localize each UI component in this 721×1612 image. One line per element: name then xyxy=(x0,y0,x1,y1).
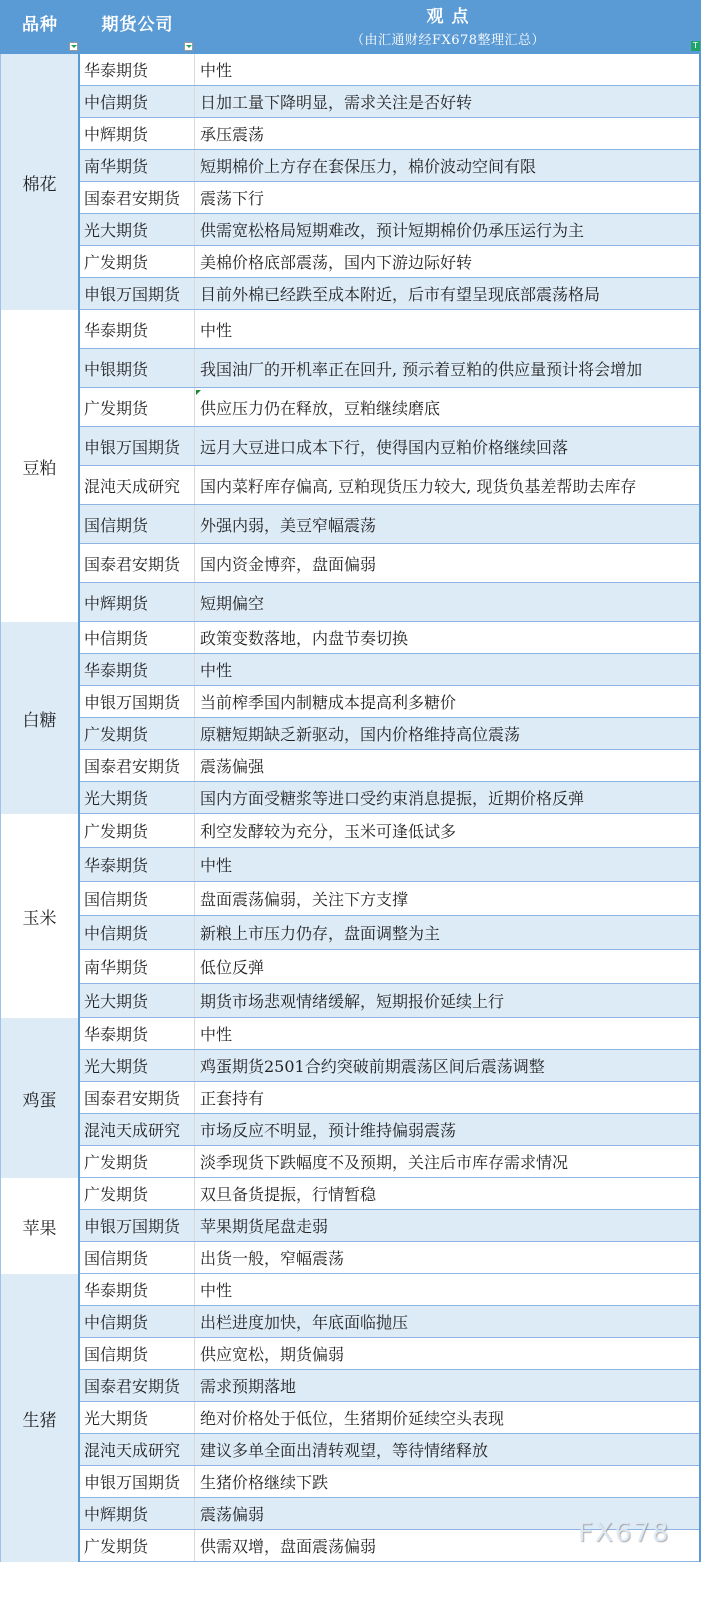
company-cell[interactable]: 广发期货 xyxy=(80,246,195,277)
table-row: 混沌天成研究市场反应不明显，预计维持偏弱震荡 xyxy=(80,1114,699,1146)
table-row: 国泰君安期货需求预期落地 xyxy=(80,1370,699,1402)
table-row: 国泰君安期货震荡偏强 xyxy=(80,750,699,782)
table-row: 国泰君安期货正套持有 xyxy=(80,1082,699,1114)
table-row: 光大期货期货市场悲观情绪缓解，短期报价延续上行 xyxy=(80,984,699,1018)
company-cell[interactable]: 中辉期货 xyxy=(80,118,195,149)
view-cell[interactable]: 国内方面受糖浆等进口受约束消息提振，近期价格反弹 xyxy=(195,782,699,813)
category-rows: 广发期货利空发酵较为充分，玉米可逢低试多华泰期货中性国信期货盘面震荡偏弱，关注下… xyxy=(80,814,701,1018)
view-cell[interactable]: 绝对价格处于低位，生猪期价延续空头表现 xyxy=(195,1402,699,1433)
company-cell[interactable]: 广发期货 xyxy=(80,388,195,426)
company-cell[interactable]: 中信期货 xyxy=(80,622,195,653)
view-cell[interactable]: 震荡偏强 xyxy=(195,750,699,781)
view-cell[interactable]: 供应压力仍在释放，豆粕继续磨底 xyxy=(195,388,699,426)
table-row: 光大期货鸡蛋期货2501合约突破前期震荡区间后震荡调整 xyxy=(80,1050,699,1082)
view-cell[interactable]: 双旦备货提振，行情暂稳 xyxy=(195,1178,699,1209)
company-cell[interactable]: 混沌天成研究 xyxy=(80,1114,195,1145)
table-row: 广发期货淡季现货下跌幅度不及预期，关注后市库存需求情况 xyxy=(80,1146,699,1178)
company-cell[interactable]: 国泰君安期货 xyxy=(80,544,195,582)
filter-dropdown-icon[interactable] xyxy=(69,42,78,51)
view-cell[interactable]: 建议多单全面出清转观望，等待情绪释放 xyxy=(195,1434,699,1465)
view-cell[interactable]: 低位反弹 xyxy=(195,950,699,983)
view-cell[interactable]: 中性 xyxy=(195,54,699,85)
table-row: 混沌天成研究建议多单全面出清转观望，等待情绪释放 xyxy=(80,1434,699,1466)
category-cell[interactable]: 玉米 xyxy=(0,814,80,1018)
category-group: 棉花华泰期货中性中信期货日加工量下降明显，需求关注是否好转中辉期货承压震荡南华期… xyxy=(0,54,701,310)
header-company: 期货公司 xyxy=(80,0,195,53)
company-cell[interactable]: 华泰期货 xyxy=(80,848,195,881)
table-row: 申银万国期货当前榨季国内制糖成本提高利多糖价 xyxy=(80,686,699,718)
company-cell[interactable]: 华泰期货 xyxy=(80,1018,195,1049)
company-cell[interactable]: 国泰君安期货 xyxy=(80,1370,195,1401)
company-cell[interactable]: 国信期货 xyxy=(80,882,195,915)
company-cell[interactable]: 国信期货 xyxy=(80,1338,195,1369)
company-cell[interactable]: 申银万国期货 xyxy=(80,278,195,309)
view-cell[interactable]: 政策变数落地，内盘节奏切换 xyxy=(195,622,699,653)
category-group: 玉米广发期货利空发酵较为充分，玉米可逢低试多华泰期货中性国信期货盘面震荡偏弱，关… xyxy=(0,814,701,1018)
header-view-sublabel: （由汇通财经FX678整理汇总） xyxy=(351,29,545,48)
company-cell[interactable]: 南华期货 xyxy=(80,950,195,983)
company-cell[interactable]: 中辉期货 xyxy=(80,583,195,621)
table-row: 华泰期货中性 xyxy=(80,1018,699,1050)
table-row: 申银万国期货生猪价格继续下跌 xyxy=(80,1466,699,1498)
category-cell[interactable]: 苹果 xyxy=(0,1178,80,1274)
table-row: 中信期货出栏进度加快，年底面临抛压 xyxy=(80,1306,699,1338)
view-cell[interactable]: 中性 xyxy=(195,1274,699,1305)
view-cell[interactable]: 中性 xyxy=(195,1018,699,1049)
view-cell[interactable]: 期货市场悲观情绪缓解，短期报价延续上行 xyxy=(195,984,699,1017)
table-row: 广发期货双旦备货提振，行情暂稳 xyxy=(80,1178,699,1210)
header-category: 品种 xyxy=(0,0,80,53)
table-row: 国信期货出货一般，窄幅震荡 xyxy=(80,1242,699,1274)
category-rows: 中信期货政策变数落地，内盘节奏切换华泰期货中性申银万国期货当前榨季国内制糖成本提… xyxy=(80,622,701,814)
table-row: 中辉期货短期偏空 xyxy=(80,583,699,622)
filter-dropdown-icon[interactable] xyxy=(184,42,193,51)
company-cell[interactable]: 申银万国期货 xyxy=(80,427,195,465)
table-row: 华泰期货中性 xyxy=(80,654,699,686)
company-cell[interactable]: 申银万国期货 xyxy=(80,686,195,717)
company-cell[interactable]: 混沌天成研究 xyxy=(80,1434,195,1465)
table-header: 品种 期货公司 观 点 （由汇通财经FX678整理汇总） T xyxy=(0,0,701,54)
view-cell[interactable]: 承压震荡 xyxy=(195,118,699,149)
company-cell[interactable]: 华泰期货 xyxy=(80,310,195,348)
category-group: 鸡蛋华泰期货中性光大期货鸡蛋期货2501合约突破前期震荡区间后震荡调整国泰君安期… xyxy=(0,1018,701,1178)
view-cell[interactable]: 日加工量下降明显，需求关注是否好转 xyxy=(195,86,699,117)
view-cell[interactable]: 需求预期落地 xyxy=(195,1370,699,1401)
category-rows: 华泰期货中性中银期货我国油厂的开机率正在回升, 预示着豆粕的供应量预计将会增加广… xyxy=(80,310,701,622)
table-row: 申银万国期货目前外棉已经跌至成本附近，后市有望呈现底部震荡格局 xyxy=(80,278,699,310)
view-cell[interactable]: 市场反应不明显，预计维持偏弱震荡 xyxy=(195,1114,699,1145)
company-cell[interactable]: 申银万国期货 xyxy=(80,1466,195,1497)
table-row: 广发期货美棉价格底部震荡，国内下游边际好转 xyxy=(80,246,699,278)
view-cell[interactable]: 当前榨季国内制糖成本提高利多糖价 xyxy=(195,686,699,717)
category-cell[interactable]: 生猪 xyxy=(0,1274,80,1562)
view-cell[interactable]: 远月大豆进口成本下行，使得国内豆粕价格继续回落 xyxy=(195,427,699,465)
category-group: 白糖中信期货政策变数落地，内盘节奏切换华泰期货中性申银万国期货当前榨季国内制糖成… xyxy=(0,622,701,814)
company-cell[interactable]: 广发期货 xyxy=(80,718,195,749)
company-cell[interactable]: 混沌天成研究 xyxy=(80,466,195,504)
header-view-label: 观 点 xyxy=(427,2,470,27)
company-cell[interactable]: 光大期货 xyxy=(80,984,195,1017)
cell-comment-marker-icon xyxy=(196,390,201,395)
company-cell[interactable]: 中辉期货 xyxy=(80,1498,195,1529)
table-row: 申银万国期货远月大豆进口成本下行，使得国内豆粕价格继续回落 xyxy=(80,427,699,466)
view-cell[interactable]: 利空发酵较为充分，玉米可逢低试多 xyxy=(195,814,699,847)
filter-active-icon[interactable]: T xyxy=(691,41,700,51)
view-cell[interactable]: 美棉价格底部震荡，国内下游边际好转 xyxy=(195,246,699,277)
company-cell[interactable]: 国泰君安期货 xyxy=(80,1082,195,1113)
view-cell[interactable]: 外强内弱，美豆窄幅震荡 xyxy=(195,505,699,543)
header-company-label: 期货公司 xyxy=(102,10,174,35)
table-row: 中信期货新粮上市压力仍存，盘面调整为主 xyxy=(80,916,699,950)
company-cell[interactable]: 广发期货 xyxy=(80,1530,195,1561)
category-cell[interactable]: 豆粕 xyxy=(0,310,80,622)
table-row: 华泰期货中性 xyxy=(80,54,699,86)
table-row: 国泰君安期货国内资金博弈，盘面偏弱 xyxy=(80,544,699,583)
company-cell[interactable]: 中信期货 xyxy=(80,1306,195,1337)
view-cell[interactable]: 新粮上市压力仍存，盘面调整为主 xyxy=(195,916,699,949)
view-cell[interactable]: 正套持有 xyxy=(195,1082,699,1113)
company-cell[interactable]: 华泰期货 xyxy=(80,654,195,685)
view-cell[interactable]: 国内资金博弈，盘面偏弱 xyxy=(195,544,699,582)
view-cell[interactable]: 短期棉价上方存在套保压力，棉价波动空间有限 xyxy=(195,150,699,181)
company-cell[interactable]: 华泰期货 xyxy=(80,54,195,85)
table-row: 广发期货利空发酵较为充分，玉米可逢低试多 xyxy=(80,814,699,848)
watermark: FX678 xyxy=(578,1518,670,1548)
table-row: 南华期货低位反弹 xyxy=(80,950,699,984)
view-cell[interactable]: 我国油厂的开机率正在回升, 预示着豆粕的供应量预计将会增加 xyxy=(195,349,699,387)
company-cell[interactable]: 光大期货 xyxy=(80,1402,195,1433)
company-cell[interactable]: 国泰君安期货 xyxy=(80,182,195,213)
company-cell[interactable]: 申银万国期货 xyxy=(80,1210,195,1241)
table-row: 华泰期货中性 xyxy=(80,1274,699,1306)
view-cell[interactable]: 淡季现货下跌幅度不及预期，关注后市库存需求情况 xyxy=(195,1146,699,1177)
company-cell[interactable]: 国泰君安期货 xyxy=(80,750,195,781)
company-cell[interactable]: 光大期货 xyxy=(80,1050,195,1081)
table-row: 国信期货盘面震荡偏弱，关注下方支撑 xyxy=(80,882,699,916)
table-row: 广发期货供应压力仍在释放，豆粕继续磨底 xyxy=(80,388,699,427)
table-row: 国信期货供应宽松，期货偏弱 xyxy=(80,1338,699,1370)
table-row: 华泰期货中性 xyxy=(80,310,699,349)
company-cell[interactable]: 华泰期货 xyxy=(80,1274,195,1305)
company-cell[interactable]: 广发期货 xyxy=(80,1178,195,1209)
table-row: 国信期货外强内弱，美豆窄幅震荡 xyxy=(80,505,699,544)
company-cell[interactable]: 中银期货 xyxy=(80,349,195,387)
table-row: 光大期货供需宽松格局短期难改，预计短期棉价仍承压运行为主 xyxy=(80,214,699,246)
category-group: 苹果广发期货双旦备货提振，行情暂稳申银万国期货苹果期货尾盘走弱国信期货出货一般，… xyxy=(0,1178,701,1274)
view-cell[interactable]: 中性 xyxy=(195,654,699,685)
table-row: 混沌天成研究国内菜籽库存偏高, 豆粕现货压力较大, 现货负基差帮助去库存 xyxy=(80,466,699,505)
view-cell[interactable]: 苹果期货尾盘走弱 xyxy=(195,1210,699,1241)
view-cell[interactable]: 出栏进度加快，年底面临抛压 xyxy=(195,1306,699,1337)
view-cell[interactable]: 生猪价格继续下跌 xyxy=(195,1466,699,1497)
view-cell[interactable]: 中性 xyxy=(195,848,699,881)
view-cell[interactable]: 盘面震荡偏弱，关注下方支撑 xyxy=(195,882,699,915)
table-row: 南华期货短期棉价上方存在套保压力，棉价波动空间有限 xyxy=(80,150,699,182)
company-cell[interactable]: 广发期货 xyxy=(80,1146,195,1177)
futures-views-table: 品种 期货公司 观 点 （由汇通财经FX678整理汇总） T 棉花华泰期货中性中… xyxy=(0,0,701,1562)
view-cell[interactable]: 短期偏空 xyxy=(195,583,699,621)
view-cell[interactable]: 国内菜籽库存偏高, 豆粕现货压力较大, 现货负基差帮助去库存 xyxy=(195,466,699,504)
table-row: 申银万国期货苹果期货尾盘走弱 xyxy=(80,1210,699,1242)
company-cell[interactable]: 国信期货 xyxy=(80,1242,195,1273)
company-cell[interactable]: 光大期货 xyxy=(80,782,195,813)
company-cell[interactable]: 国信期货 xyxy=(80,505,195,543)
category-cell[interactable]: 白糖 xyxy=(0,622,80,814)
table-row: 广发期货原糖短期缺乏新驱动，国内价格维持高位震荡 xyxy=(80,718,699,750)
view-cell[interactable]: 出货一般，窄幅震荡 xyxy=(195,1242,699,1273)
category-group: 豆粕华泰期货中性中银期货我国油厂的开机率正在回升, 预示着豆粕的供应量预计将会增… xyxy=(0,310,701,622)
table-row: 光大期货国内方面受糖浆等进口受约束消息提振，近期价格反弹 xyxy=(80,782,699,814)
view-cell[interactable]: 中性 xyxy=(195,310,699,348)
table-row: 华泰期货中性 xyxy=(80,848,699,882)
view-cell[interactable]: 原糖短期缺乏新驱动，国内价格维持高位震荡 xyxy=(195,718,699,749)
company-cell[interactable]: 广发期货 xyxy=(80,814,195,847)
table-row: 国泰君安期货震荡下行 xyxy=(80,182,699,214)
view-cell[interactable]: 鸡蛋期货2501合约突破前期震荡区间后震荡调整 xyxy=(195,1050,699,1081)
category-rows: 华泰期货中性中信期货日加工量下降明显，需求关注是否好转中辉期货承压震荡南华期货短… xyxy=(80,54,701,310)
company-cell[interactable]: 光大期货 xyxy=(80,214,195,245)
category-cell[interactable]: 棉花 xyxy=(0,54,80,310)
category-rows: 广发期货双旦备货提振，行情暂稳申银万国期货苹果期货尾盘走弱国信期货出货一般，窄幅… xyxy=(80,1178,701,1274)
table-row: 中银期货我国油厂的开机率正在回升, 预示着豆粕的供应量预计将会增加 xyxy=(80,349,699,388)
table-row: 中信期货日加工量下降明显，需求关注是否好转 xyxy=(80,86,699,118)
category-rows: 华泰期货中性光大期货鸡蛋期货2501合约突破前期震荡区间后震荡调整国泰君安期货正… xyxy=(80,1018,701,1178)
view-cell[interactable]: 震荡下行 xyxy=(195,182,699,213)
company-cell[interactable]: 南华期货 xyxy=(80,150,195,181)
header-view: 观 点 （由汇通财经FX678整理汇总） T xyxy=(195,0,701,53)
view-cell[interactable]: 目前外棉已经跌至成本附近，后市有望呈现底部震荡格局 xyxy=(195,278,699,309)
table-row: 中辉期货承压震荡 xyxy=(80,118,699,150)
company-cell[interactable]: 中信期货 xyxy=(80,86,195,117)
view-cell[interactable]: 供应宽松，期货偏弱 xyxy=(195,1338,699,1369)
header-category-label: 品种 xyxy=(22,10,58,35)
view-cell[interactable]: 供需宽松格局短期难改，预计短期棉价仍承压运行为主 xyxy=(195,214,699,245)
table-row: 光大期货绝对价格处于低位，生猪期价延续空头表现 xyxy=(80,1402,699,1434)
table-body: 棉花华泰期货中性中信期货日加工量下降明显，需求关注是否好转中辉期货承压震荡南华期… xyxy=(0,54,701,1562)
category-cell[interactable]: 鸡蛋 xyxy=(0,1018,80,1178)
table-row: 中信期货政策变数落地，内盘节奏切换 xyxy=(80,622,699,654)
company-cell[interactable]: 中信期货 xyxy=(80,916,195,949)
